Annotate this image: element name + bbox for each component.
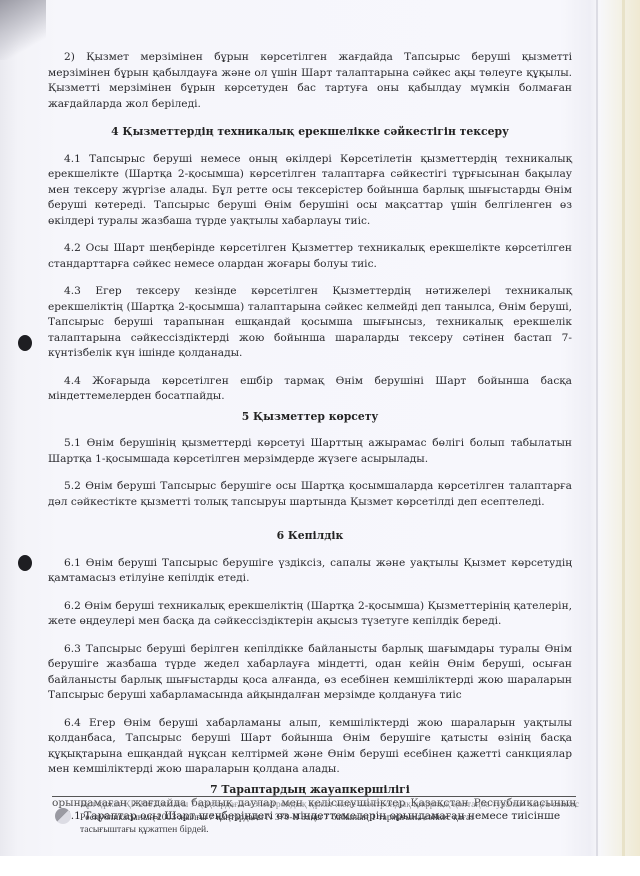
clause-4-1: 4.1 Тапсырыс беруші немесе оның өкілдері…	[48, 152, 572, 230]
clause-6-2: 6.2 Өнім беруші техникалық ерекшеліктің …	[48, 599, 572, 630]
clause-4-2: 4.2 Осы Шарт шеңберінде көрсетілген Қызм…	[48, 241, 572, 272]
paragraph-2: 2) Қызмет мерзімінен бұрын көрсетілген ж…	[48, 50, 572, 112]
scanned-page: 2) Қызмет мерзімінен бұрын көрсетілген ж…	[0, 0, 640, 856]
page-edge-outer	[622, 0, 625, 856]
footnote-line-2: Республикасының 2003 жылғы 7 қаңтардағы …	[80, 812, 580, 825]
page-edge	[596, 0, 598, 856]
clause-6-4: 6.4 Егер Өнім беруші хабарламаны алып, к…	[48, 716, 572, 778]
e-gov-seal-icon	[55, 808, 71, 824]
punch-hole-bottom	[18, 555, 32, 571]
section-6-title: 6 Кепілдік	[48, 528, 572, 544]
punch-hole-top	[18, 335, 32, 351]
footnote-line-1: Бұл құжат ҚР 2003 жылғы 7 қаңтардағы «Эл…	[80, 799, 580, 812]
footnote-line-3: тасығыштағы құжатпен бірдей.	[80, 824, 580, 837]
footnote: Бұл құжат ҚР 2003 жылғы 7 қаңтардағы «Эл…	[80, 799, 580, 837]
section-5-title: 5 Қызметтер көрсету	[48, 409, 572, 425]
document-body: 2) Қызмет мерзімінен бұрын көрсетілген ж…	[48, 50, 572, 825]
clause-6-1: 6.1 Өнім беруші Тапсырыс берушіге үздікс…	[48, 556, 572, 587]
section-4-title: 4 Қызметтердің техникалық ерекшелікке сә…	[48, 124, 572, 140]
clause-5-2: 5.2 Өнім беруші Тапсырыс берушіге осы Ша…	[48, 479, 572, 510]
section-7-title: 7 Тараптардың жауапкершілігі	[48, 782, 572, 798]
clause-5-1: 5.1 Өнім берушінің қызметтерді көрсетуі …	[48, 436, 572, 467]
clause-4-4: 4.4 Жоғарыда көрсетілген ешбір тармақ Өн…	[48, 374, 572, 405]
clause-6-3: 6.3 Тапсырыс беруші берілген кепілдікке …	[48, 642, 572, 704]
clause-4-3: 4.3 Егер тексеру кезінде көрсетілген Қыз…	[48, 284, 572, 362]
page-fold-shadow	[0, 0, 46, 60]
